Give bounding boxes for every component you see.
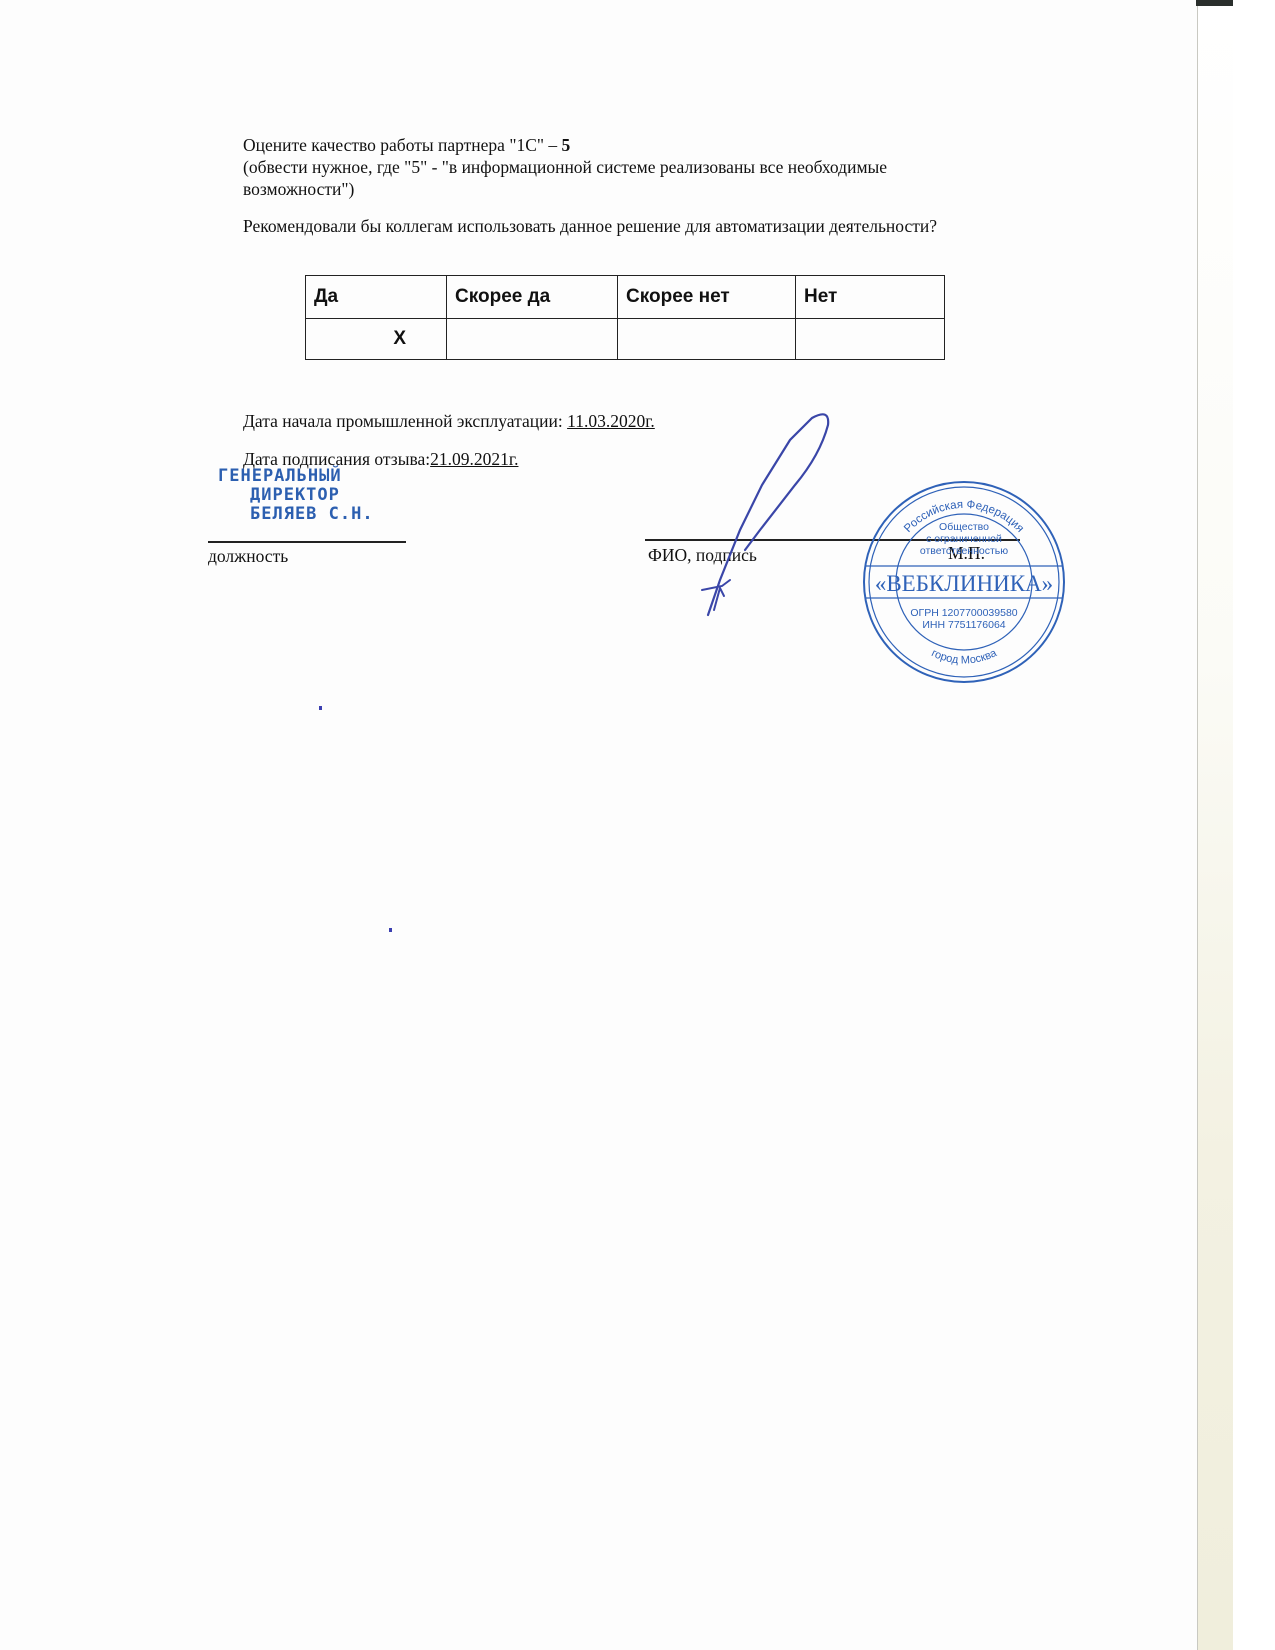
recommend-table-header: Да Скорее да Скорее нет Нет xyxy=(306,276,945,319)
column-rather-no: Скорее нет xyxy=(618,276,796,319)
rating-question-text: Оцените качество работы партнера "1С" – xyxy=(243,135,562,155)
seal-company-name: «ВЕБКЛИНИКА» xyxy=(875,571,1053,596)
column-no: Нет xyxy=(796,276,945,319)
rating-hint-line1: (обвести нужное, где "5" - "в информацио… xyxy=(243,156,887,178)
handwritten-signature xyxy=(700,410,845,620)
recommend-table: Да Скорее да Скорее нет Нет X xyxy=(305,275,945,360)
position-stamp-line: БЕЛЯЕВ С.Н. xyxy=(218,505,374,524)
scanned-page xyxy=(0,0,1197,1650)
answer-rather-yes-cell xyxy=(447,319,618,360)
scanner-edge-mark xyxy=(1196,0,1233,6)
answer-yes-cell: X xyxy=(306,319,447,360)
page-edge-strip xyxy=(1197,0,1233,1650)
seal-inn: ИНН 7751176064 xyxy=(922,619,1005,631)
answer-rather-no-cell xyxy=(618,319,796,360)
rating-question: Оцените качество работы партнера "1С" – … xyxy=(243,134,570,156)
ink-speck xyxy=(389,928,392,932)
start-date-label: Дата начала промышленной эксплуатации: xyxy=(243,411,567,431)
position-signature-line xyxy=(208,541,406,543)
seal-ogrn: ОГРН 1207700039580 xyxy=(910,607,1017,619)
recommend-table-row: X xyxy=(306,319,945,360)
recommend-question: Рекомендовали бы коллегам использовать д… xyxy=(243,215,937,237)
rating-score: 5 xyxy=(562,135,571,155)
column-yes: Да xyxy=(306,276,447,319)
position-label: должность xyxy=(208,545,288,567)
seal-org-form-1: Общество xyxy=(939,521,989,533)
position-stamp-line: ГЕНЕРАЛЬНЫЙ xyxy=(218,467,374,486)
answer-no-cell xyxy=(796,319,945,360)
seal-org-form-2: с ограниченной xyxy=(926,533,1002,545)
seal-org-form-3: ответственностью xyxy=(920,545,1008,557)
column-rather-yes: Скорее да xyxy=(447,276,618,319)
position-stamp-line: ДИРЕКТОР xyxy=(218,486,374,505)
ink-speck xyxy=(319,706,322,710)
start-date-value: 11.03.2020г. xyxy=(567,411,655,431)
company-seal: Российская Федерация город Москва Общест… xyxy=(860,478,1068,686)
position-stamp: ГЕНЕРАЛЬНЫЙ ДИРЕКТОР БЕЛЯЕВ С.Н. xyxy=(218,467,374,524)
start-date-line: Дата начала промышленной эксплуатации: 1… xyxy=(243,410,655,432)
signed-date-value: 21.09.2021г. xyxy=(430,449,518,469)
rating-hint-line2: возможности") xyxy=(243,178,354,200)
